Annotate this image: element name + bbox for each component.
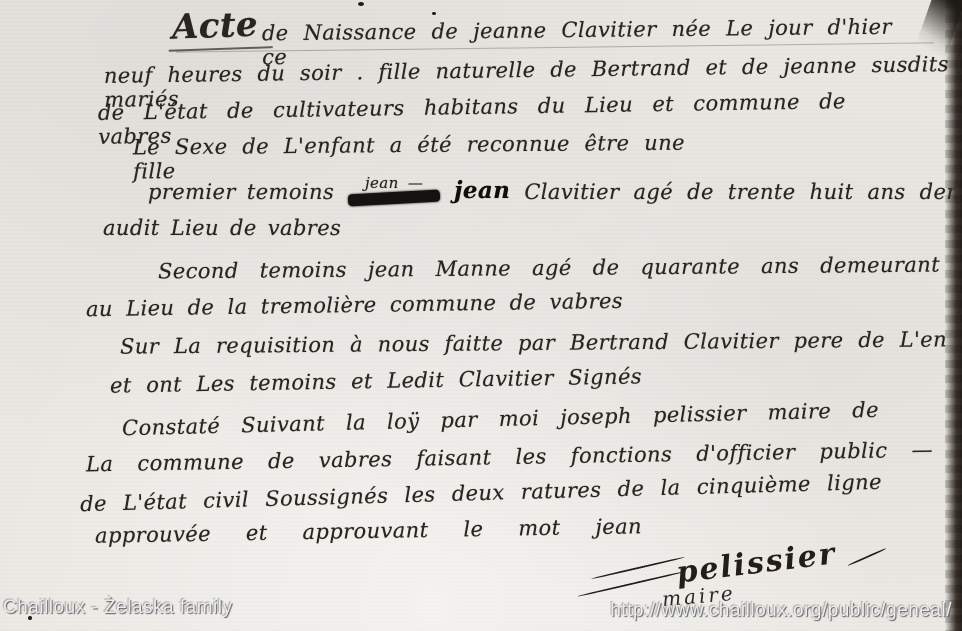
- scanned-document: Acte de Naissance de jeanne Clavitier né…: [0, 0, 962, 631]
- handwriting-line: Constaté Suivant la loÿ par moi joseph p…: [122, 398, 879, 440]
- caption-family-name: Chailloux - Żelaska family: [3, 597, 232, 619]
- signature-flourish: [591, 556, 685, 580]
- correction-stack: jean —: [348, 176, 440, 204]
- signature-name: pelissier: [674, 536, 838, 590]
- handwriting-line-with-correction: premier temoins jean — jean Clavitier ag…: [148, 176, 940, 204]
- handwriting-line: Second temoins jean Manne agé de quarant…: [158, 253, 940, 284]
- handwriting-line: au Lieu de la tremolière commune de vabr…: [86, 289, 623, 321]
- inked-out-word: [348, 190, 441, 207]
- caption-source-url: http://www.chailloux.org/public/geneal/: [610, 600, 952, 622]
- ink-speck: [358, 2, 364, 6]
- line-text: premier temoins: [148, 180, 334, 204]
- overwritten-word: jean: [454, 177, 510, 204]
- handwriting-line: audit Lieu de vabres: [103, 216, 335, 240]
- signature-flourish: [847, 548, 886, 567]
- handwriting-line: La commune de vabres faisant les fonctio…: [86, 438, 933, 477]
- handwriting-line: de L'état civil Soussignés les deux ratu…: [80, 470, 882, 516]
- line-text: Clavitier agé de trente huit ans demeura…: [524, 180, 962, 204]
- scan-edge-strip: [945, 0, 962, 631]
- handwriting-line: Sur La requisition à nous faitte par Ber…: [120, 327, 947, 358]
- ink-speck: [432, 12, 436, 15]
- handwriting-line: et ont Les temoins et Ledit Clavitier Si…: [110, 364, 642, 397]
- record-title-word: Acte: [167, 4, 273, 52]
- interlinear-insertion: jean —: [365, 176, 423, 191]
- handwriting-line: approuvée et approuvant le mot jean: [95, 514, 642, 548]
